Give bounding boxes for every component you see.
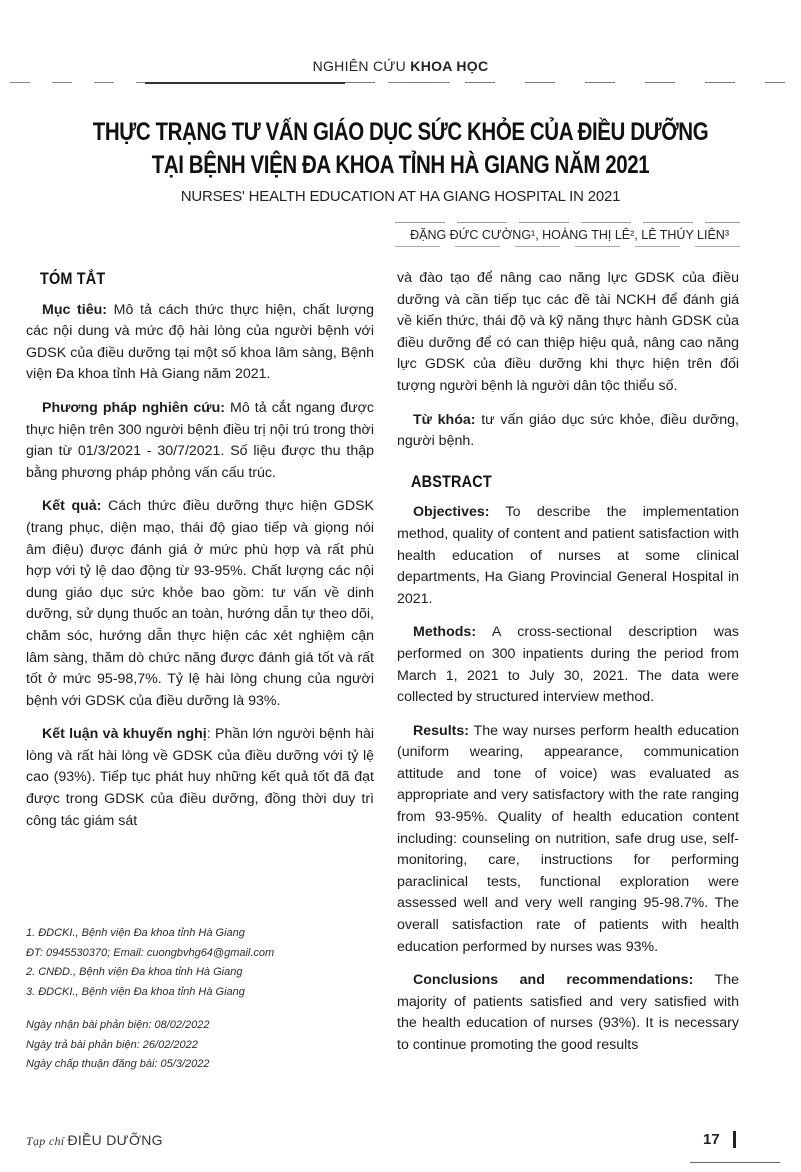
contact-line: ĐT: 0945530370; Email: cuongbvhg64@gmail… xyxy=(26,944,374,964)
page-number: 17 xyxy=(703,1131,720,1148)
ket-qua-text: Cách thức điều dưỡng thực hiện GDSK (tra… xyxy=(26,498,374,708)
review-dates: Ngày nhận bài phản biện: 08/02/2022 Ngày… xyxy=(26,1016,374,1075)
journal-name: Tạp chíĐIỀU DƯỠNG xyxy=(26,1132,163,1149)
footnotes: 1. ĐDCKI., Bệnh viện Đa khoa tỉnh Hà Gia… xyxy=(26,924,374,1075)
tom-tat-heading: TÓM TẮT xyxy=(40,268,324,290)
ket-qua-paragraph: Kết quả: Cách thức điều dưỡng thực hiện … xyxy=(26,496,374,712)
authors-rule-bottom xyxy=(395,246,740,247)
muc-tieu-paragraph: Mục tiêu: Mô tả cách thức thực hiện, chấ… xyxy=(26,300,374,386)
ket-qua-label: Kết quả: xyxy=(42,498,101,514)
header-rule-dashed-right xyxy=(345,82,785,83)
footer-rule xyxy=(690,1162,780,1163)
affiliation-2: 2. CNĐD., Bệnh viện Đa khoa tỉnh Hà Gian… xyxy=(26,963,374,983)
ket-luan-continued: và đào tạo để nâng cao năng lực GDSK của… xyxy=(397,268,739,398)
date-returned: Ngày trả bài phản biện: 26/02/2022 xyxy=(26,1036,374,1056)
tu-khoa-paragraph: Từ khóa: tư vấn giáo dục sức khỏe, điều … xyxy=(397,410,739,453)
section-header-bold: KHOA HỌC xyxy=(410,58,488,74)
abstract-heading: ABSTRACT xyxy=(411,471,690,493)
results-text: The way nurses perform health education … xyxy=(397,723,739,955)
methods-label: Methods: xyxy=(413,624,476,640)
ket-luan-paragraph: Kết luận và khuyến nghị: Phần lớn người … xyxy=(26,724,374,832)
article-title-line-2: TẠI BỆNH VIỆN ĐA KHOA TỈNH HÀ GIANG NĂM … xyxy=(72,149,729,182)
tu-khoa-label: Từ khóa: xyxy=(413,412,476,428)
page-number-bar xyxy=(733,1131,736,1148)
methods-paragraph: Methods: A cross-sectional description w… xyxy=(397,622,739,708)
header-rule-solid xyxy=(145,82,345,84)
results-label: Results: xyxy=(413,723,469,739)
authors: ĐẶNG ĐỨC CƯỜNG¹, HOÀNG THỊ LÊ², LÊ THÚY … xyxy=(410,228,729,242)
affiliation-1: 1. ĐDCKI., Bệnh viện Đa khoa tỉnh Hà Gia… xyxy=(26,924,374,944)
left-column: TÓM TẮT Mục tiêu: Mô tả cách thức thực h… xyxy=(26,268,374,844)
affiliation-3: 3. ĐDCKI., Bệnh viện Đa khoa tỉnh Hà Gia… xyxy=(26,983,374,1003)
right-column: và đào tạo để nâng cao năng lực GDSK của… xyxy=(397,268,739,1069)
article-title-english: NURSES' HEALTH EDUCATION AT HA GIANG HOS… xyxy=(0,188,801,205)
conclusions-label: Conclusions and recommendations: xyxy=(413,972,693,988)
phuong-phap-paragraph: Phương pháp nghiên cứu: Mô tả cắt ngang … xyxy=(26,398,374,484)
conclusions-paragraph: Conclusions and recommendations: The maj… xyxy=(397,970,739,1056)
date-received: Ngày nhận bài phản biện: 08/02/2022 xyxy=(26,1016,374,1036)
section-header: NGHIÊN CỨU KHOA HỌC xyxy=(0,58,801,74)
muc-tieu-label: Mục tiêu: xyxy=(42,302,107,318)
objectives-label: Objectives: xyxy=(413,504,490,520)
journal-title: ĐIỀU DƯỠNG xyxy=(67,1132,162,1148)
objectives-paragraph: Objectives: To describe the implementati… xyxy=(397,502,739,610)
article-title-line-1: THỰC TRẠNG TƯ VẤN GIÁO DỤC SỨC KHỎE CỦA … xyxy=(72,116,729,149)
phuong-phap-label: Phương pháp nghiên cứu: xyxy=(42,400,225,416)
ket-luan-label: Kết luận và khuyến nghị xyxy=(42,726,207,742)
section-header-light: NGHIÊN CỨU xyxy=(313,58,411,74)
results-paragraph: Results: The way nurses perform health e… xyxy=(397,721,739,959)
journal-prefix: Tạp chí xyxy=(26,1134,64,1148)
authors-rule-top xyxy=(395,222,740,223)
article-title: THỰC TRẠNG TƯ VẤN GIÁO DỤC SỨC KHỎE CỦA … xyxy=(72,116,729,182)
date-accepted: Ngày chấp thuận đăng bài: 05/3/2022 xyxy=(26,1055,374,1075)
